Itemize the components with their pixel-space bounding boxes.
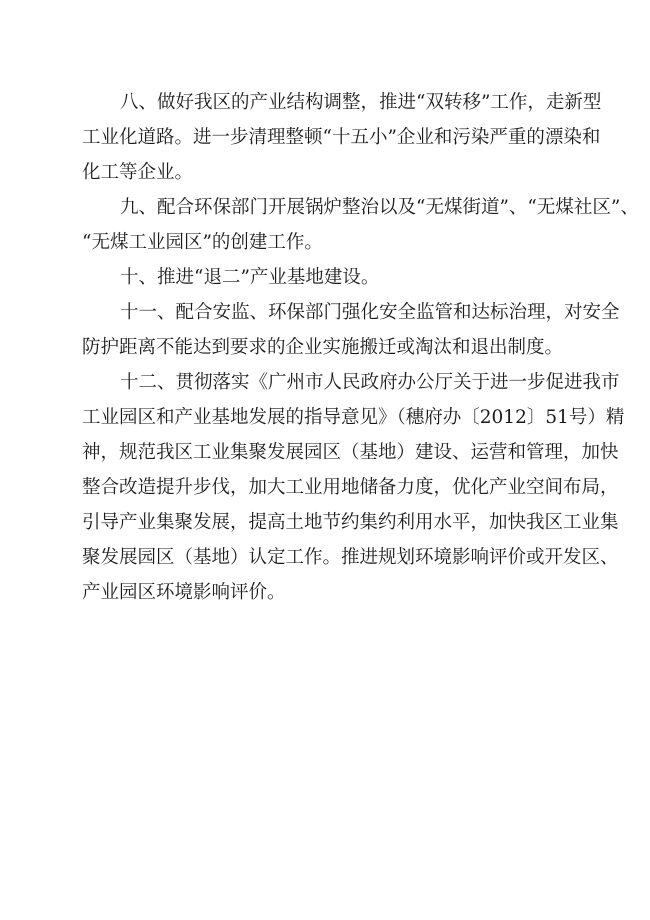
paragraph-line: 产业园区环境影响评价。 xyxy=(82,582,574,604)
paragraph-line: 引导产业集聚发展，提高土地节约集约利用水平，加快我区工业集 xyxy=(82,512,574,534)
paragraph-line: 化工等企业。 xyxy=(82,162,574,184)
paragraph-line: 十二、贯彻落实《广州市人民政府办公厅关于进一步促进我市 xyxy=(120,372,574,394)
paragraph-line: 聚发展园区（基地）认定工作。推进规划环境影响评价或开发区、 xyxy=(82,547,574,569)
document-page: 八、做好我区的产业结构调整，推进“双转移”工作，走新型 工业化道路。进一步清理整… xyxy=(0,0,650,920)
paragraph-line: 工业园区和产业基地发展的指导意见》（穗府办〔2012〕51号）精 xyxy=(82,407,574,429)
paragraph-line: 八、做好我区的产业结构调整，推进“双转移”工作，走新型 xyxy=(120,92,574,114)
paragraph-line: 九、配合环保部门开展锅炉整治以及“无煤街道”、“无煤社区”、 xyxy=(120,197,574,219)
paragraph-line: 十、推进“退二”产业基地建设。 xyxy=(120,267,574,289)
paragraph-line: 神，规范我区工业集聚发展园区（基地）建设、运营和管理，加快 xyxy=(82,442,574,464)
paragraph-line: 整合改造提升步伐，加大工业用地储备力度，优化产业空间布局， xyxy=(82,477,574,499)
paragraph-line: 工业化道路。进一步清理整顿“十五小”企业和污染严重的漂染和 xyxy=(82,127,574,149)
paragraph-line: 防护距离不能达到要求的企业实施搬迁或淘汰和退出制度。 xyxy=(82,337,574,359)
paragraph-line: “无煤工业园区”的创建工作。 xyxy=(82,232,574,254)
paragraph-line: 十一、配合安监、环保部门强化安全监管和达标治理，对安全 xyxy=(120,302,574,324)
